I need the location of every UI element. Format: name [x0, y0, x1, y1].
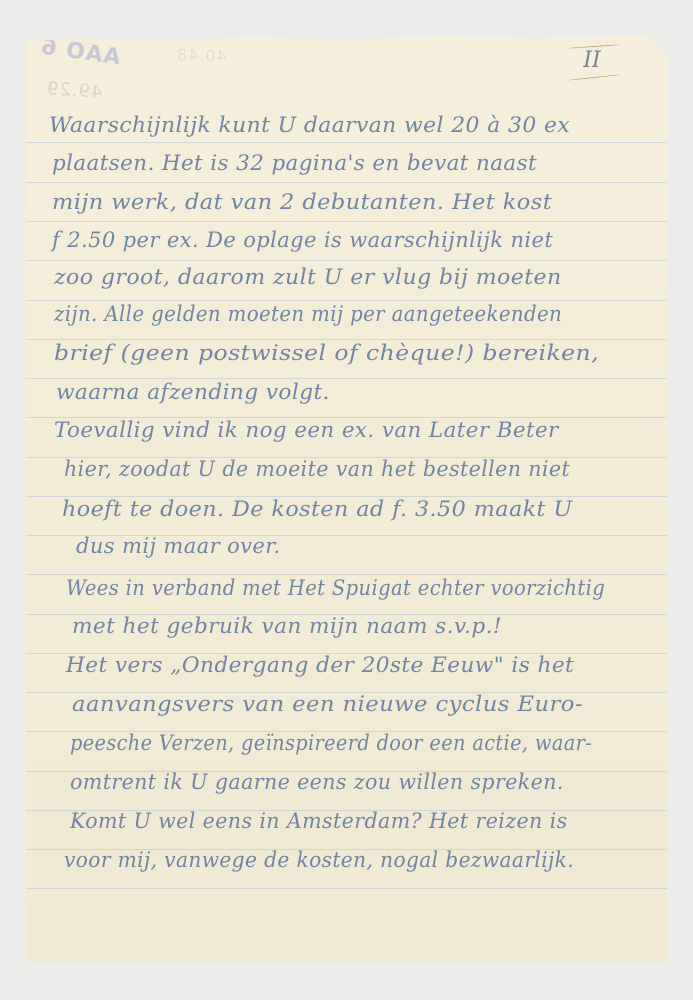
letter-line: voor mij, vanwege de kosten, nogal bezwa…: [64, 848, 574, 872]
letter-line: hoeft te doen. De kosten ad f. 3.50 maak…: [62, 497, 573, 521]
letter-line: met het gebruik van mijn naam s.v.p.!: [72, 614, 502, 638]
show-through-faint-pencil: 40.48: [176, 45, 227, 66]
letter-line: omtrent ik U gaarne eens zou willen spre…: [70, 770, 564, 794]
letter-line: Toevallig vind ik nog een ex. van Later …: [54, 418, 559, 442]
ruled-line: [26, 221, 667, 222]
ruled-line: [26, 888, 667, 889]
letter-line: Het vers „Ondergang der 20ste Eeuw" is h…: [66, 653, 574, 677]
ruled-line: [26, 260, 667, 261]
letter-line: zijn. Alle gelden moeten mij per aangete…: [54, 302, 562, 326]
ruled-line: [26, 574, 667, 575]
letter-line: dus mij maar over.: [76, 534, 280, 558]
letter-line: peesche Verzen, geïnspireerd door een ac…: [70, 731, 592, 755]
letter-line: Waarschijnlijk kunt U daarvan wel 20 à 3…: [49, 113, 570, 137]
ruled-line: [26, 142, 667, 143]
letter-line: waarna afzending volgt.: [56, 380, 330, 404]
letter-line: f 2.50 per ex. De oplage is waarschijnli…: [52, 228, 553, 252]
letter-line: hier, zoodat U de moeite van het bestell…: [64, 457, 570, 481]
show-through-pencil-number: 49.29: [45, 78, 103, 103]
letter-line: plaatsen. Het is 32 pagina's en bevat na…: [52, 151, 537, 175]
page-number: II: [564, 44, 620, 78]
letter-line: mijn werk, dat van 2 debutanten. Het kos…: [52, 190, 552, 214]
letter-line: Wees in verband met Het Spuigat echter v…: [66, 576, 605, 600]
letter-line: aanvangsvers van een nieuwe cyclus Euro-: [72, 692, 583, 716]
show-through-stamp: AAO 6: [39, 35, 122, 71]
ruled-line: [26, 378, 667, 379]
letter-line: Komt U wel eens in Amsterdam? Het reizen…: [70, 809, 568, 833]
letter-line: zoo groot, daarom zult U er vlug bij moe…: [54, 265, 562, 289]
ruled-line: [26, 182, 667, 183]
ruled-line: [26, 339, 667, 340]
letter-line: brief (geen postwissel of chèque!) berei…: [54, 341, 599, 365]
ruled-line: [26, 300, 667, 301]
